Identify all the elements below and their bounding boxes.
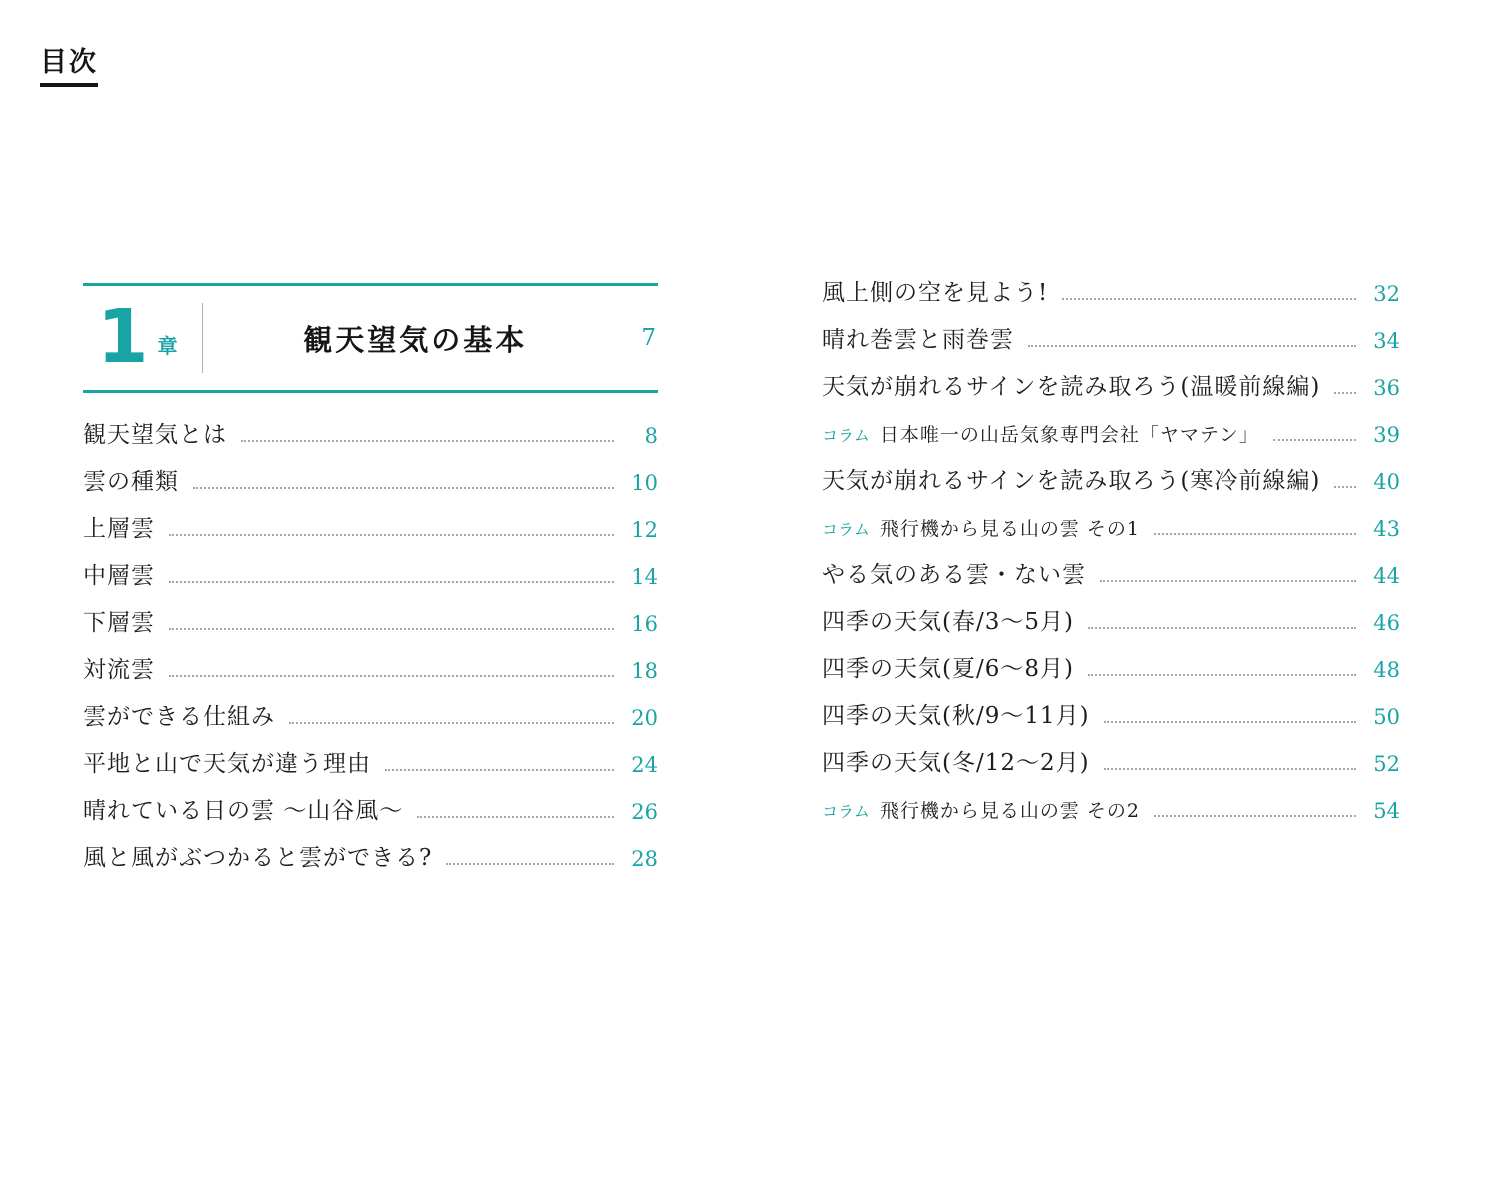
dotted-leader <box>1028 345 1356 347</box>
toc-entry-page: 40 <box>1368 471 1400 494</box>
chapter-title: 観天望気の基本 <box>203 318 659 359</box>
dotted-leader <box>1088 674 1356 676</box>
toc-entry-page: 12 <box>626 519 658 542</box>
toc-entry[interactable]: 四季の天気(秋/9〜11月)50 <box>822 691 1400 738</box>
chapter-number-group: 1 章 <box>83 305 178 370</box>
toc-entry-label: 風と風がぶつかると雲ができる? <box>83 845 432 871</box>
toc-entry-label: 晴れている日の雲 〜山谷風〜 <box>83 798 403 824</box>
toc-entry-page: 44 <box>1368 565 1400 588</box>
toc-entry-page: 46 <box>1368 612 1400 635</box>
toc-entry-page: 36 <box>1368 377 1400 400</box>
toc-entry-label: 観天望気とは <box>83 422 227 448</box>
chapter-number: 1 <box>97 305 149 370</box>
column-tag: コラム <box>822 426 870 447</box>
toc-entry-page: 28 <box>626 848 658 871</box>
toc-entry-label: やる気のある雲・ない雲 <box>822 562 1086 588</box>
dotted-leader <box>1104 721 1356 723</box>
dotted-leader <box>1062 298 1356 300</box>
toc-entry-label: 四季の天気(夏/6〜8月) <box>822 656 1074 682</box>
toc-entry[interactable]: 平地と山で天気が違う理由24 <box>83 739 658 786</box>
toc-right-column: 風上側の空を見よう!32晴れ巻雲と雨巻雲34天気が崩れるサインを読み取ろう(温暖… <box>822 268 1400 832</box>
chapter-unit-label: 章 <box>158 330 178 359</box>
toc-entry-label: 飛行機から見る山の雲 その2 <box>880 801 1140 823</box>
dotted-leader <box>385 769 614 771</box>
page-title: 目次 <box>40 40 98 87</box>
column-tag: コラム <box>822 520 870 541</box>
toc-entry-page: 39 <box>1368 424 1400 447</box>
toc-entry[interactable]: 天気が崩れるサインを読み取ろう(寒冷前線編)40 <box>822 456 1400 503</box>
toc-entry-label: 四季の天気(春/3〜5月) <box>822 609 1074 635</box>
dotted-leader <box>446 863 614 865</box>
toc-entry-label: 風上側の空を見よう! <box>822 280 1048 306</box>
toc-entry[interactable]: 晴れ巻雲と雨巻雲34 <box>822 315 1400 362</box>
dotted-leader <box>1104 768 1356 770</box>
toc-entry-page: 34 <box>1368 330 1400 353</box>
dotted-leader <box>1100 580 1356 582</box>
toc-entry-label: 雲の種類 <box>83 469 179 495</box>
toc-entry[interactable]: 観天望気とは8 <box>83 410 658 457</box>
toc-entry-page: 10 <box>626 472 658 495</box>
toc-entry-page: 43 <box>1368 518 1400 541</box>
dotted-leader <box>289 722 614 724</box>
toc-entry-page: 50 <box>1368 706 1400 729</box>
dotted-leader <box>1273 439 1356 441</box>
dotted-leader <box>1334 392 1356 394</box>
dotted-leader <box>169 534 614 536</box>
toc-left-column: 観天望気とは8雲の種類10上層雲12中層雲14下層雲16対流雲18雲ができる仕組… <box>83 410 658 880</box>
dotted-leader <box>193 487 614 489</box>
toc-entry-label: 中層雲 <box>83 563 155 589</box>
dotted-leader <box>169 675 614 677</box>
toc-entry[interactable]: 風と風がぶつかると雲ができる?28 <box>83 833 658 880</box>
toc-entry-label: 下層雲 <box>83 610 155 636</box>
dotted-leader <box>417 816 614 818</box>
toc-entry[interactable]: 上層雲12 <box>83 504 658 551</box>
chapter-page-number: 7 <box>641 325 656 351</box>
toc-entry[interactable]: 天気が崩れるサインを読み取ろう(温暖前線編)36 <box>822 362 1400 409</box>
toc-entry-page: 24 <box>626 754 658 777</box>
toc-entry-page: 26 <box>626 801 658 824</box>
toc-entry[interactable]: 四季の天気(春/3〜5月)46 <box>822 597 1400 644</box>
toc-entry-page: 14 <box>626 566 658 589</box>
toc-entry[interactable]: 中層雲14 <box>83 551 658 598</box>
toc-entry-label: 四季の天気(冬/12〜2月) <box>822 750 1090 776</box>
dotted-leader <box>1334 486 1356 488</box>
dotted-leader <box>241 440 614 442</box>
toc-entry-label: 飛行機から見る山の雲 その1 <box>880 519 1140 541</box>
toc-entry[interactable]: 雲ができる仕組み20 <box>83 692 658 739</box>
toc-entry-page: 8 <box>626 425 658 448</box>
toc-entry-label: 日本唯一の山岳気象専門会社「ヤマテン」 <box>880 425 1259 447</box>
column-tag: コラム <box>822 802 870 823</box>
toc-entry-label: 雲ができる仕組み <box>83 704 275 730</box>
dotted-leader <box>1154 533 1356 535</box>
toc-entry[interactable]: 四季の天気(冬/12〜2月)52 <box>822 738 1400 785</box>
dotted-leader <box>1088 627 1356 629</box>
toc-entry-page: 52 <box>1368 753 1400 776</box>
toc-entry-page: 18 <box>626 660 658 683</box>
toc-entry[interactable]: 雲の種類10 <box>83 457 658 504</box>
toc-entry-label: 四季の天気(秋/9〜11月) <box>822 703 1090 729</box>
dotted-leader <box>169 628 614 630</box>
toc-column-entry[interactable]: コラム日本唯一の山岳気象専門会社「ヤマテン」39 <box>822 409 1400 456</box>
toc-entry-label: 天気が崩れるサインを読み取ろう(温暖前線編) <box>822 374 1320 400</box>
toc-entry[interactable]: やる気のある雲・ない雲44 <box>822 550 1400 597</box>
toc-column-entry[interactable]: コラム飛行機から見る山の雲 その143 <box>822 503 1400 550</box>
dotted-leader <box>1154 815 1356 817</box>
toc-entry[interactable]: 対流雲18 <box>83 645 658 692</box>
toc-entry-page: 54 <box>1368 800 1400 823</box>
toc-entry[interactable]: 下層雲16 <box>83 598 658 645</box>
toc-entry-label: 晴れ巻雲と雨巻雲 <box>822 327 1014 353</box>
toc-entry-label: 天気が崩れるサインを読み取ろう(寒冷前線編) <box>822 468 1320 494</box>
toc-entry-page: 16 <box>626 613 658 636</box>
dotted-leader <box>169 581 614 583</box>
chapter-header: 1 章 観天望気の基本 7 <box>83 283 658 393</box>
toc-column-entry[interactable]: コラム飛行機から見る山の雲 その254 <box>822 785 1400 832</box>
toc-entry-label: 上層雲 <box>83 516 155 542</box>
toc-entry-page: 20 <box>626 707 658 730</box>
toc-entry-label: 平地と山で天気が違う理由 <box>83 751 371 777</box>
toc-entry-page: 32 <box>1368 283 1400 306</box>
toc-entry-page: 48 <box>1368 659 1400 682</box>
toc-entry[interactable]: 風上側の空を見よう!32 <box>822 268 1400 315</box>
toc-entry[interactable]: 四季の天気(夏/6〜8月)48 <box>822 644 1400 691</box>
toc-entry-label: 対流雲 <box>83 657 155 683</box>
toc-entry[interactable]: 晴れている日の雲 〜山谷風〜26 <box>83 786 658 833</box>
